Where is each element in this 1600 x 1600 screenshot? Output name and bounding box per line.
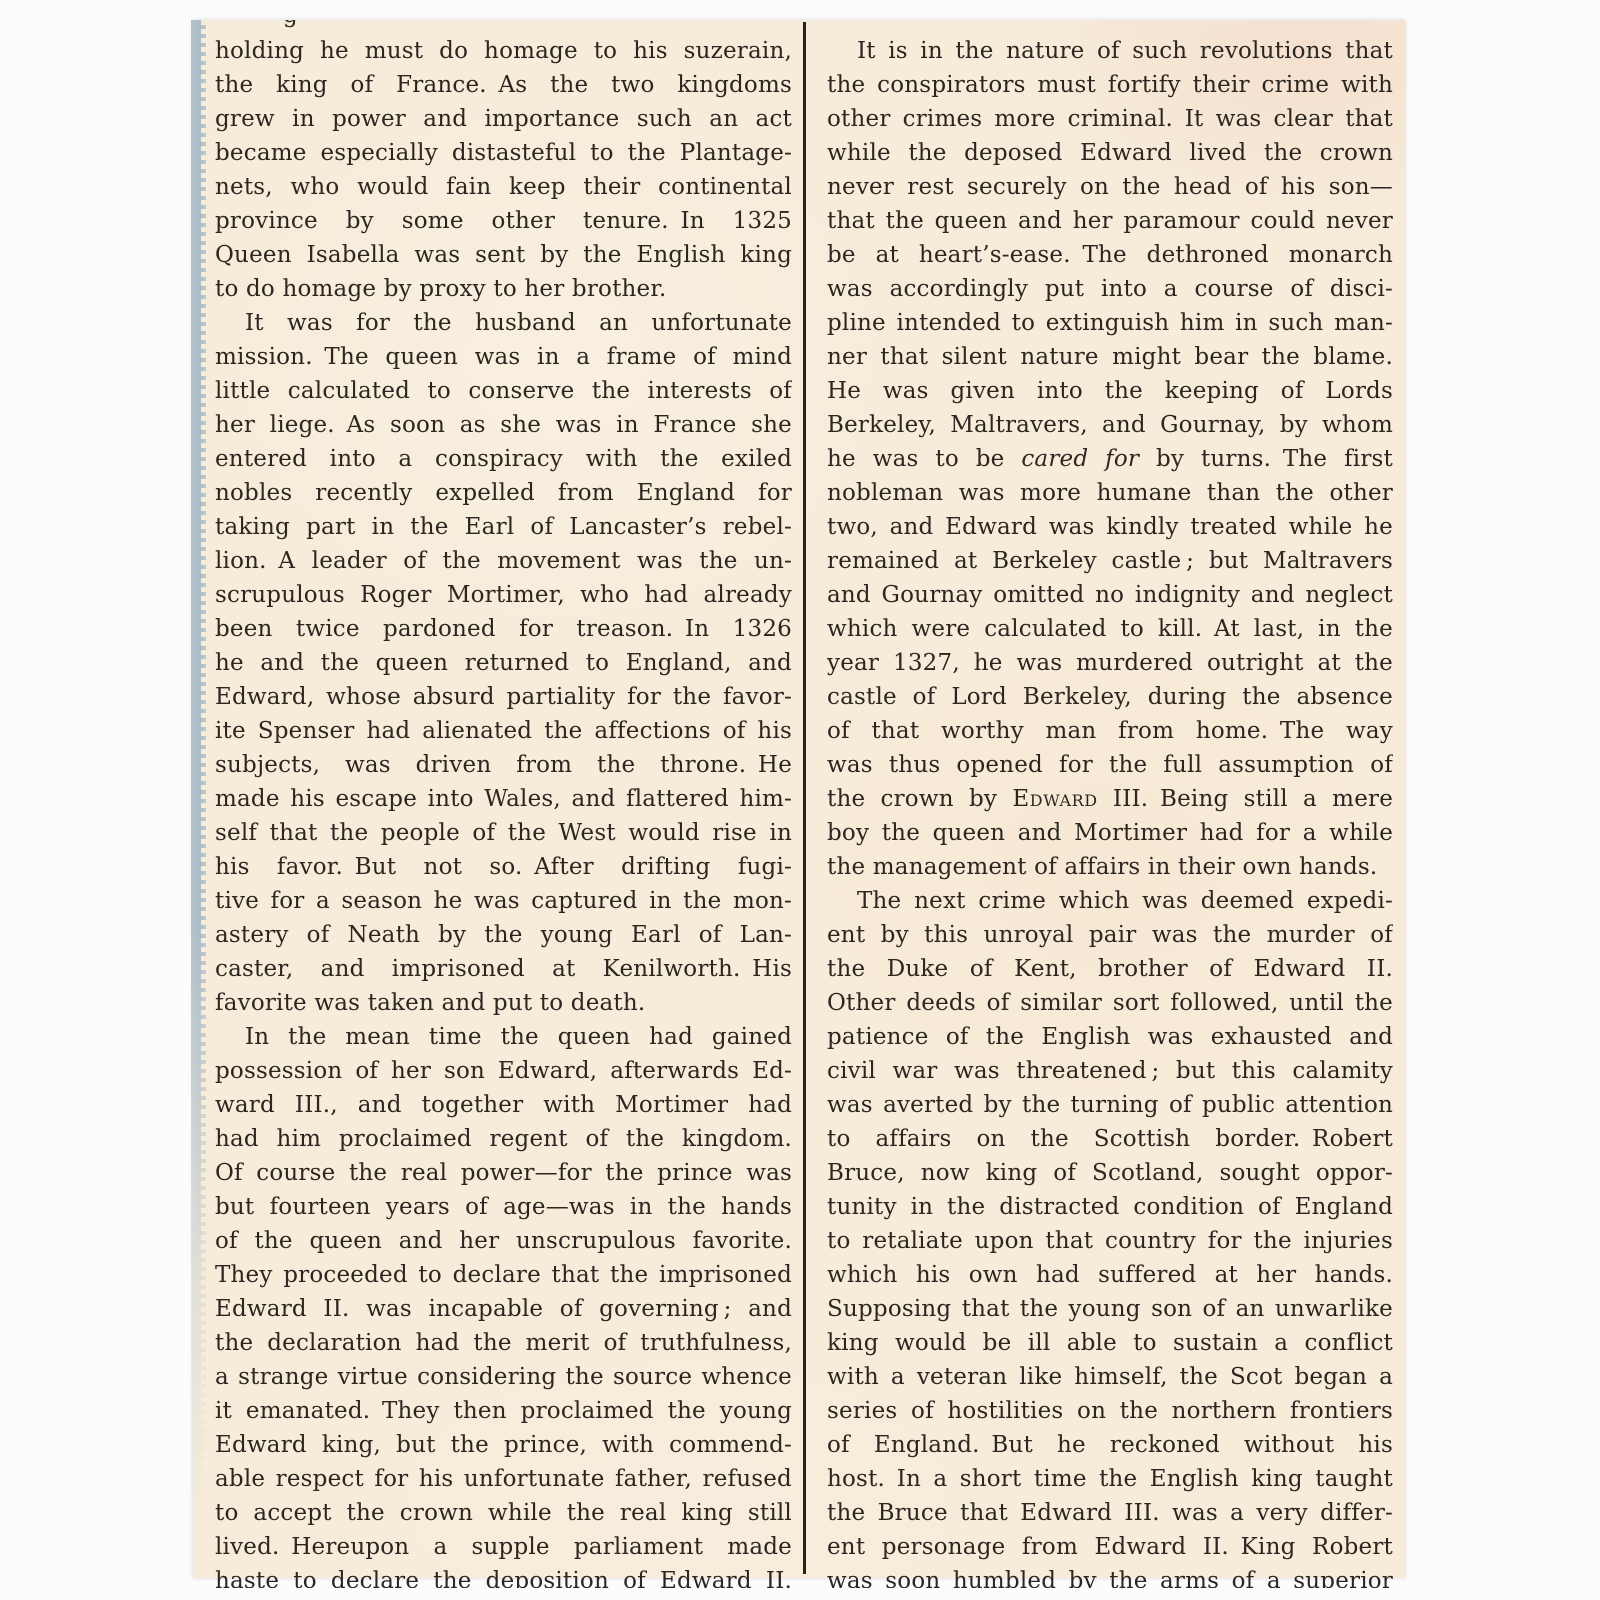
text-line: Edward II. was incapable of governing ; … — [215, 1292, 792, 1326]
text-line: but fourteen years of age—was in the han… — [215, 1190, 792, 1224]
text-line: the crown by Edward III. Being still a m… — [827, 782, 1393, 816]
italic-text: cared for — [1021, 446, 1139, 472]
text-line: patience of the English was exhausted an… — [827, 1020, 1393, 1054]
text-line: astery of Neath by the young Earl of Lan… — [215, 918, 792, 952]
text-line: to retaliate upon that country for the i… — [827, 1224, 1393, 1258]
plain-text: the crown by — [827, 786, 1012, 812]
text-line: the conspirators must fortify their crim… — [827, 68, 1393, 102]
text-line: Edward, whose absurd partiality for the … — [215, 680, 792, 714]
text-line: Bruce, now king of Scotland, sought oppo… — [827, 1156, 1393, 1190]
text-line: be at heart’s-ease. The dethroned monarc… — [827, 238, 1393, 272]
text-line: province by some other tenure. In 1325 — [215, 204, 792, 238]
text-line: nets, who would fain keep their continen… — [215, 170, 792, 204]
text-line: In the mean time the queen had gained — [215, 1020, 792, 1054]
text-line: ent personage from Edward II. King Rober… — [827, 1530, 1393, 1564]
text-line: holding he must do homage to his suzerai… — [215, 34, 792, 68]
text-line: was soon humbled by the arms of a superi… — [827, 1564, 1393, 1588]
text-line: Edward king, but the prince, with commen… — [215, 1428, 792, 1462]
text-line: was thus opened for the full assumption … — [827, 748, 1393, 782]
text-line: that the queen and her paramour could ne… — [827, 204, 1393, 238]
text-line: Supposing that the young son of an unwar… — [827, 1292, 1393, 1326]
text-line: caster, and imprisoned at Kenilworth. Hi… — [215, 952, 792, 986]
text-line: been twice pardoned for treason. In 1326 — [215, 612, 792, 646]
text-line: It is in the nature of such revolutions … — [827, 34, 1393, 68]
text-line: able respect for his unfortunate father,… — [215, 1462, 792, 1496]
text-line: was averted by the turning of public att… — [827, 1088, 1393, 1122]
text-line: favorite was taken and put to death. — [215, 986, 792, 1020]
text-line: remained at Berkeley castle ; but Maltra… — [827, 544, 1393, 578]
text-line: taking part in the Earl of Lancaster’s r… — [215, 510, 792, 544]
text-line: the management of affairs in their own h… — [827, 850, 1393, 884]
text-line: to affairs on the Scottish border. Rober… — [827, 1122, 1393, 1156]
text-line: it emanated. They then proclaimed the yo… — [215, 1394, 792, 1428]
text-line: He was given into the keeping of Lords — [827, 374, 1393, 408]
text-line: nobles recently expelled from England fo… — [215, 476, 792, 510]
plain-text: he was to be — [827, 446, 1021, 472]
text-line: self that the people of the West would r… — [215, 816, 792, 850]
text-line: made his escape into Wales, and flattere… — [215, 782, 792, 816]
text-line: ner that silent nature might bear the bl… — [827, 340, 1393, 374]
clipped-glyph: g — [283, 20, 307, 27]
text-line: had him proclaimed regent of the kingdom… — [215, 1122, 792, 1156]
text-line: the declaration had the merit of truthfu… — [215, 1326, 792, 1360]
column-divider-rule — [803, 22, 806, 1574]
text-line: Of course the real power—for the prince … — [215, 1156, 792, 1190]
text-line: mission. The queen was in a frame of min… — [215, 340, 792, 374]
text-line: It was for the husband an unfortunate — [215, 306, 792, 340]
text-line: civil war was threatened ; but this cala… — [827, 1054, 1393, 1088]
text-line: king would be ill able to sustain a conf… — [827, 1326, 1393, 1360]
text-line: of that worthy man from home. The way — [827, 714, 1393, 748]
text-line: series of hostilities on the northern fr… — [827, 1394, 1393, 1428]
clipped-line-fragment: g — [283, 20, 307, 30]
text-line: Other deeds of similar sort followed, un… — [827, 986, 1393, 1020]
text-line: grew in power and importance such an act — [215, 102, 792, 136]
text-line: was accordingly put into a course of dis… — [827, 272, 1393, 306]
text-line: and Gournay omitted no indignity and neg… — [827, 578, 1393, 612]
text-line: Berkeley, Maltravers, and Gournay, by wh… — [827, 408, 1393, 442]
text-line: with a veteran like himself, the Scot be… — [827, 1360, 1393, 1394]
text-line: lion. A leader of the movement was the u… — [215, 544, 792, 578]
text-line: tive for a season he was captured in the… — [215, 884, 792, 918]
text-line: ite Spenser had alienated the affections… — [215, 714, 792, 748]
text-line: little calculated to conserve the intere… — [215, 374, 792, 408]
small-caps-text: Edward — [1012, 786, 1097, 812]
text-line: to do homage by proxy to her brother. — [215, 272, 792, 306]
text-line: tunity in the distracted condition of En… — [827, 1190, 1393, 1224]
plain-text: by turns. The first — [1139, 446, 1393, 472]
text-line: nobleman was more humane than the other — [827, 476, 1393, 510]
text-line: her liege. As soon as she was in France … — [215, 408, 792, 442]
text-line: a strange virtue considering the source … — [215, 1360, 792, 1394]
text-line: scrupulous Roger Mortimer, who had alrea… — [215, 578, 792, 612]
text-line: entered into a conspiracy with the exile… — [215, 442, 792, 476]
text-line: The next crime which was deemed expedi- — [827, 884, 1393, 918]
text-line: the Bruce that Edward III. was a very di… — [827, 1496, 1393, 1530]
text-line: pline intended to extinguish him in such… — [827, 306, 1393, 340]
text-line: never rest securely on the head of his s… — [827, 170, 1393, 204]
newspaper-clipping: g holding he must do homage to his suzer… — [193, 20, 1405, 1578]
text-line: while the deposed Edward lived the crown… — [827, 136, 1393, 170]
text-line: his favor. But not so. After drifting fu… — [215, 850, 792, 884]
text-line: which were calculated to kill. At last, … — [827, 612, 1393, 646]
text-line: lived. Hereupon a supple parliament made — [215, 1530, 792, 1564]
text-line: he and the queen returned to England, an… — [215, 646, 792, 680]
text-line: ward III., and together with Mortimer ha… — [215, 1088, 792, 1122]
text-column-left: holding he must do homage to his suzerai… — [215, 34, 792, 1588]
text-line: which his own had suffered at her hands. — [827, 1258, 1393, 1292]
text-line: other crimes more criminal. It was clear… — [827, 102, 1393, 136]
text-line: the king of France. As the two kingdoms — [215, 68, 792, 102]
text-line: year 1327, he was murdered outright at t… — [827, 646, 1393, 680]
text-line: host. In a short time the English king t… — [827, 1462, 1393, 1496]
scan-background: g holding he must do homage to his suzer… — [0, 0, 1600, 1600]
text-line: haste to declare the deposition of Edwar… — [215, 1564, 792, 1588]
text-line: of the queen and her unscrupulous favori… — [215, 1224, 792, 1258]
text-column-right: It is in the nature of such revolutions … — [827, 34, 1393, 1588]
text-line: possession of her son Edward, afterwards… — [215, 1054, 792, 1088]
text-line: subjects, was driven from the throne. He — [215, 748, 792, 782]
text-line: Queen Isabella was sent by the English k… — [215, 238, 792, 272]
text-line: the Duke of Kent, brother of Edward II. — [827, 952, 1393, 986]
plain-text: III. Being still a mere — [1098, 786, 1393, 812]
text-line: he was to be cared for by turns. The fir… — [827, 442, 1393, 476]
text-line: of England. But he reckoned without his — [827, 1428, 1393, 1462]
deckled-edge — [191, 20, 206, 1578]
text-line: two, and Edward was kindly treated while… — [827, 510, 1393, 544]
text-line: boy the queen and Mortimer had for a whi… — [827, 816, 1393, 850]
text-line: became especially distasteful to the Pla… — [215, 136, 792, 170]
text-line: castle of Lord Berkeley, during the abse… — [827, 680, 1393, 714]
text-line: to accept the crown while the real king … — [215, 1496, 792, 1530]
text-line: They proceeded to declare that the impri… — [215, 1258, 792, 1292]
text-line: ent by this unroyal pair was the murder … — [827, 918, 1393, 952]
